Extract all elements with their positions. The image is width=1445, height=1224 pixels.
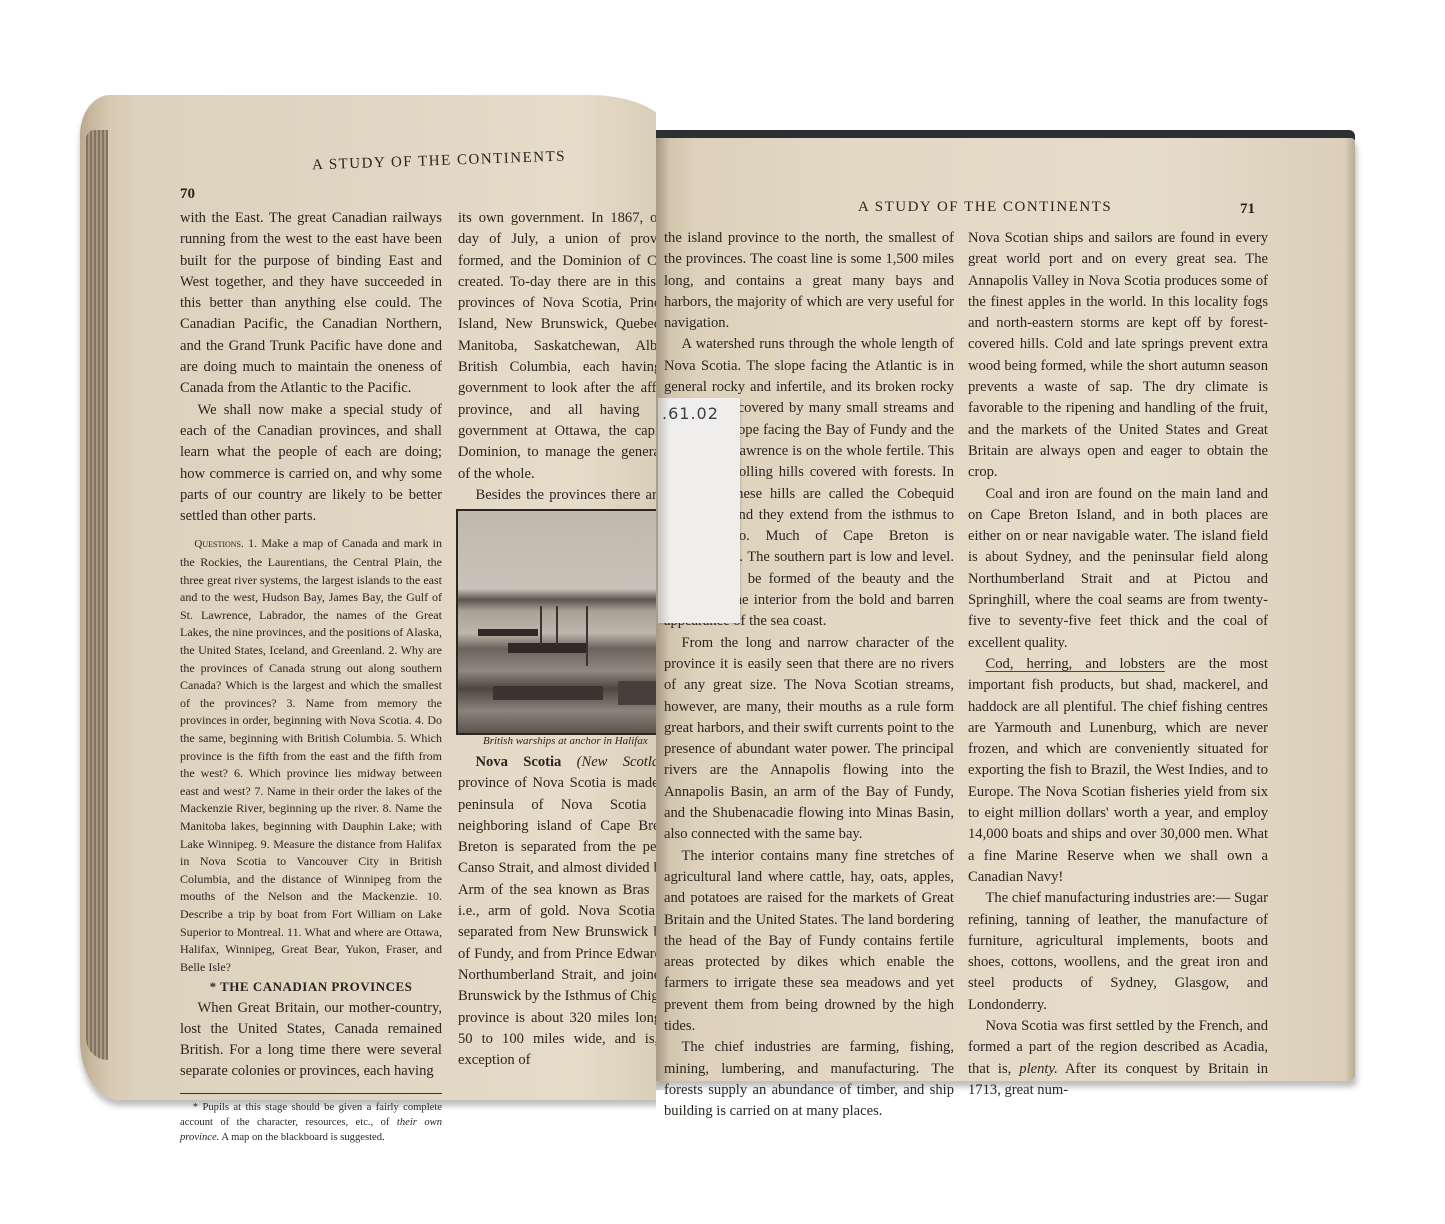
mast-shape — [540, 606, 542, 646]
page-number-right: 71 — [1240, 201, 1255, 218]
section-heading: * THE CANADIAN PROVINCES — [180, 976, 442, 997]
paragraph: The chief manufacturing industries are:—… — [968, 888, 1268, 1016]
footnote-rule — [180, 1093, 442, 1094]
paragraph: We shall now make a special study of eac… — [180, 400, 442, 528]
mast-shape — [556, 606, 558, 646]
questions-label: Questions. — [194, 538, 243, 550]
mast-shape — [586, 606, 588, 666]
page-number-left: 70 — [180, 186, 195, 203]
figure-caption: British warships at anchor in Halifax — [483, 735, 656, 747]
footnote: * Pupils at this stage should be given a… — [180, 1100, 442, 1145]
page-stack-edge — [86, 130, 108, 1060]
paragraph: Nova Scotia was first settled by the Fre… — [968, 1016, 1268, 1101]
paragraph: its own government. In 1867, on the firs… — [458, 208, 656, 485]
paragraph: The interior contains many fine stretche… — [664, 846, 954, 1038]
nova-scotia-heading: Nova Scotia — [476, 754, 562, 770]
questions-block: Questions. 1. Make a map of Canada and m… — [180, 535, 442, 976]
underlined-text: Cod, herring, and lobsters — [986, 656, 1165, 672]
questions: Questions. 1. Make a map of Canada and m… — [180, 535, 442, 976]
ship-shape — [508, 643, 588, 653]
paragraph: Nova Scotian ships and sailors are found… — [968, 228, 1268, 484]
left-page-clip: A STUDY OF THE CONTINENTS 70 with the Ea… — [0, 0, 656, 1224]
library-label-sticker: .61.02 — [658, 398, 740, 623]
photo-british-warships-halifax — [456, 509, 656, 735]
right-page-column-2: Nova Scotian ships and sailors are found… — [968, 228, 1268, 1101]
paragraph: the island province to the north, the sm… — [664, 228, 954, 334]
right-page-column-1: the island province to the north, the sm… — [664, 228, 954, 1122]
sticker-label-text: .61.02 — [662, 404, 719, 423]
paragraph: with the East. The great Canadian railwa… — [180, 208, 442, 400]
left-page-column-2-lower: Nova Scotia (New Scotland). The province… — [458, 752, 656, 1071]
left-page-column-1: with the East. The great Canadian railwa… — [180, 208, 442, 1145]
running-head-right: A STUDY OF THE CONTINENTS — [858, 199, 1112, 216]
paragraph: The chief industries are farming, fishin… — [664, 1037, 954, 1122]
paragraph: Coal and iron are found on the main land… — [968, 484, 1268, 654]
ship-shape — [478, 629, 538, 636]
wharf-building — [618, 681, 656, 705]
ship-shape — [493, 686, 603, 700]
paragraph: From the long and narrow character of th… — [664, 633, 954, 846]
paragraph: When Great Britain, our mother-country, … — [180, 998, 442, 1083]
paragraph: Cod, herring, and lobsters are the most … — [968, 654, 1268, 888]
paragraph: Nova Scotia (New Scotland). The province… — [458, 752, 656, 1071]
